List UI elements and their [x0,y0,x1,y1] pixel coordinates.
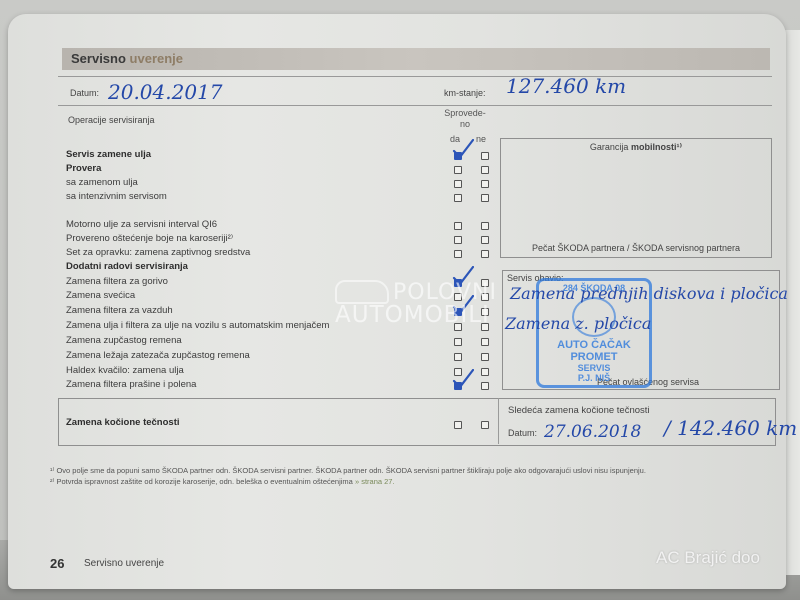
operation-row-label: Haldex kvačilo: zamena ulja [66,365,184,376]
no-checkbox[interactable] [481,250,489,258]
operation-row-label: sa intenzivnim servisom [66,191,167,202]
no-checkbox[interactable] [481,194,489,202]
no-checkbox[interactable] [481,180,489,188]
no-checkbox[interactable] [481,166,489,174]
operation-row-label: Provereno oštećenje boje na karoseriji²⁾ [66,233,233,244]
no-checkbox[interactable] [481,236,489,244]
next-brake-fluid-label: Sledeća zamena kočione tečnosti [508,405,650,416]
km-value: 127.460 km [506,74,626,98]
performed-column-header: Sprovede- no [440,108,490,130]
footer-title: Servisno uverenje [84,558,164,569]
yes-checkbox[interactable] [454,236,462,244]
yes-checkbox[interactable] [454,180,462,188]
operations-heading: Operacije servisiranja [68,115,155,125]
no-checkbox[interactable] [481,382,489,390]
operation-row-label: Zamena filtera za gorivo [66,276,168,287]
page-reference-link[interactable]: » strana 27. [355,477,395,486]
operation-row-label: Zamena ležaja zatezača zupčastog remena [66,350,250,361]
no-checkbox[interactable] [481,338,489,346]
operation-row-label: Set za opravku: zamena zaptivnog sredstv… [66,247,250,258]
footnote-1: ¹⁾ Ovo polje sme da popuni samo ŠKODA pa… [50,466,646,475]
section-title-bar: Servisno uverenje [62,48,770,70]
dealer-caption: AC Brajić doo [656,548,760,568]
watermark: POLOVNI AUTOMOBILI [335,282,497,326]
yes-checkbox[interactable] [454,353,462,361]
operation-row-label: Zamena svećica [66,290,135,301]
page-number: 26 [50,556,64,571]
no-checkbox[interactable] [481,353,489,361]
date-label: Datum: [70,88,99,98]
operation-row-label: Servis zamene ulja [66,149,151,160]
operation-row-label: Provera [66,163,101,174]
yes-checkbox[interactable] [454,222,462,230]
service-notes-line1: Zamena prednjih diskova i pločica [510,284,788,303]
yes-checkbox[interactable] [454,194,462,202]
mobility-guarantee-title: Garancija mobilnosti¹⁾ [501,142,771,153]
no-checkbox[interactable] [481,222,489,230]
next-date-value: 27.06.2018 [544,422,641,442]
mobility-guarantee-box: Garancija mobilnosti¹⁾ Pečat ŠKODA partn… [500,138,772,258]
mobility-stamp-caption: Pečat ŠKODA partnera / ŠKODA servisnog p… [501,243,771,253]
no-checkbox[interactable] [481,368,489,376]
operation-row-label: sa zamenom ulja [66,177,138,188]
km-label: km-stanje: [444,88,486,98]
operation-row-label: Motorno ulje za servisni interval QI6 [66,219,217,230]
operation-row-label: Zamena ulja i filtera za ulje na vozilu … [66,320,329,331]
operation-row-label: Zamena filtera za vazduh [66,305,173,316]
brake-fluid-no-checkbox[interactable] [481,421,489,429]
brake-fluid-divider [498,398,499,444]
next-date-label: Datum: [508,428,537,438]
service-date-value: 20.04.2017 [108,80,223,104]
page-title: Servisno uverenje [71,51,183,66]
brake-fluid-label: Zamena kočione tečnosti [66,417,180,428]
footnote-2: ²⁾ Potvrda ispravnost zaštite od korozij… [50,477,395,486]
next-km-value: / 142.460 km [664,416,797,440]
checkmark-icon [452,369,474,389]
brake-fluid-yes-checkbox[interactable] [454,421,462,429]
yes-checkbox[interactable] [454,250,462,258]
no-column-label: ne [476,134,486,144]
operation-row-label: Zamena zupčastog remena [66,335,182,346]
yes-checkbox[interactable] [454,166,462,174]
car-outline-icon [335,280,389,304]
operation-row-label: Zamena filtera prašine i polena [66,379,196,390]
additional-work-heading: Dodatni radovi servisiranja [66,261,188,272]
no-checkbox[interactable] [481,152,489,160]
yes-checkbox[interactable] [454,338,462,346]
service-notes-line2: Zamena z. pločica [505,314,651,333]
checkmark-icon [452,139,474,159]
